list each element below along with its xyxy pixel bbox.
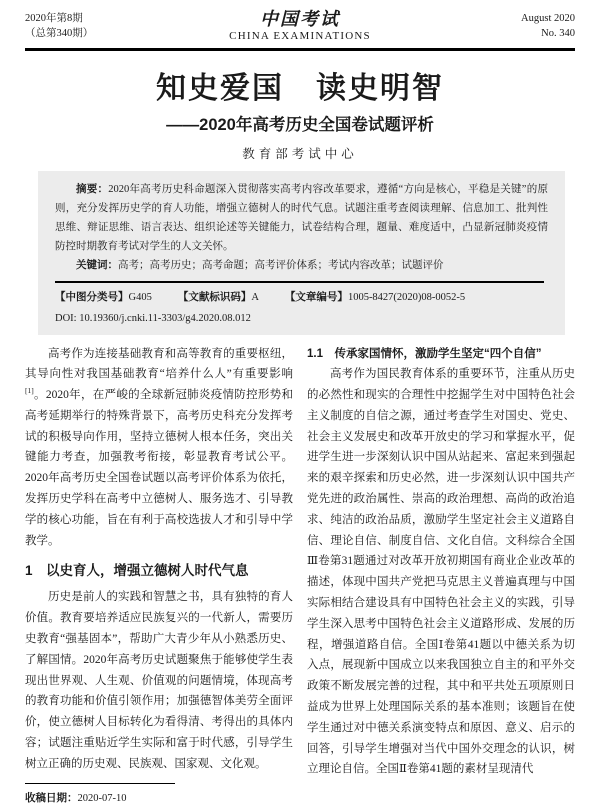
- intro-text-2: 。2020年，在严峻的全球新冠肺炎疫情防控形势和高考延期举行的特殊背景下，高考历…: [25, 389, 293, 547]
- reference-mark: [1]: [25, 386, 34, 395]
- doi-line: DOI: 10.19360/j.cnki.11-3303/g4.2020.08.…: [55, 311, 548, 326]
- article-author: 教育部考试中心: [0, 146, 600, 162]
- article-id-item: 【文章编号】1005-8427(2020)08-0052-5: [285, 292, 465, 303]
- received-date-note: 收稿日期：2020-07-10: [25, 783, 295, 807]
- title-block: 知史爱国 读史明智 ——2020年高考历史全国卷试题评析 教育部考试中心: [0, 71, 600, 162]
- section-1-paragraph: 历史是前人的实践和智慧之书，具有独特的育人价值。教育要培养适应民族复兴的一代新人…: [25, 587, 293, 774]
- issue-info-en: August 2020 No. 340: [371, 11, 575, 41]
- received-date-line: 收稿日期：2020-07-10: [25, 792, 295, 806]
- section-1-heading: 1 以史育人，增强立德树人时代气息: [25, 562, 293, 580]
- doc-code-label: 【文献标识码】: [178, 292, 252, 303]
- clc-item: 【中图分类号】G405: [55, 292, 152, 303]
- issue-info-cn: 2020年第8期 （总第340期）: [25, 11, 229, 41]
- keywords-text: 高考；高考历史；高考命题；高考评价体系；考试内容改革；试题评价: [118, 260, 444, 271]
- clc-value: G405: [129, 292, 152, 303]
- masthead-title-cn: 中国考试: [229, 9, 371, 29]
- received-date-label: 收稿日期：: [25, 793, 78, 804]
- received-date-value: 2020-07-10: [78, 793, 127, 804]
- journal-header: 2020年第8期 （总第340期） 中国考试 CHINA EXAMINATION…: [0, 0, 600, 46]
- abstract-box: 摘要：2020年高考历史科命题深入贯彻落实高考内容改革要求，遵循“方向是核心，平…: [38, 171, 565, 335]
- abstract-divider-rule: [55, 281, 544, 283]
- journal-page: 2020年第8期 （总第340期） 中国考试 CHINA EXAMINATION…: [0, 0, 600, 812]
- issue-number-en: No. 340: [371, 26, 575, 41]
- article-id-value: 1005-8427(2020)08-0052-5: [348, 292, 465, 303]
- keywords-label: 关键词：: [76, 260, 118, 271]
- masthead-title-en: CHINA EXAMINATIONS: [229, 29, 371, 43]
- article-body: 高考作为连接基础教育和高等教育的重要枢纽，其导向性对我国基础教育“培养什么人”有…: [0, 344, 600, 781]
- article-id-label: 【文章编号】: [285, 292, 348, 303]
- intro-text-1: 高考作为连接基础教育和高等教育的重要枢纽，其导向性对我国基础教育“培养什么人”有…: [25, 348, 293, 381]
- abstract-paragraph: 摘要：2020年高考历史科命题深入贯彻落实高考内容改革要求，遵循“方向是核心，平…: [55, 180, 548, 256]
- keywords-paragraph: 关键词：高考；高考历史；高考命题；高考评价体系；考试内容改革；试题评价: [55, 256, 548, 275]
- received-divider-rule: [25, 783, 175, 785]
- issue-month-en: August 2020: [371, 11, 575, 26]
- masthead: 中国考试 CHINA EXAMINATIONS: [229, 9, 371, 43]
- article-title: 知史爱国 读史明智: [0, 71, 600, 107]
- section-1-1-heading: 1.1 传承家国情怀，激励学生坚定“四个自信”: [307, 344, 575, 365]
- doc-code-value: A: [251, 292, 259, 303]
- left-column: 高考作为连接基础教育和高等教育的重要枢纽，其导向性对我国基础教育“培养什么人”有…: [25, 344, 293, 781]
- classification-line: 【中图分类号】G405【文献标识码】A【文章编号】1005-8427(2020)…: [55, 290, 548, 305]
- intro-paragraph: 高考作为连接基础教育和高等教育的重要枢纽，其导向性对我国基础教育“培养什么人”有…: [25, 344, 293, 552]
- abstract-text: 2020年高考历史科命题深入贯彻落实高考内容改革要求，遵循“方向是核心，平稳是关…: [55, 184, 548, 252]
- doc-code-item: 【文献标识码】A: [178, 292, 259, 303]
- section-1-1-paragraph: 高考作为国民教育体系的重要环节，注重从历史的必然性和现实的合理性中挖掘学生对中国…: [307, 364, 575, 780]
- right-column: 1.1 传承家国情怀，激励学生坚定“四个自信” 高考作为国民教育体系的重要环节，…: [307, 344, 575, 781]
- issue-total-cn: （总第340期）: [25, 26, 229, 41]
- abstract-label: 摘要：: [76, 184, 108, 195]
- issue-number-cn: 2020年第8期: [25, 11, 229, 26]
- header-divider-rule: [25, 48, 575, 51]
- clc-label: 【中图分类号】: [55, 292, 129, 303]
- article-subtitle: ——2020年高考历史全国卷试题评析: [0, 114, 600, 136]
